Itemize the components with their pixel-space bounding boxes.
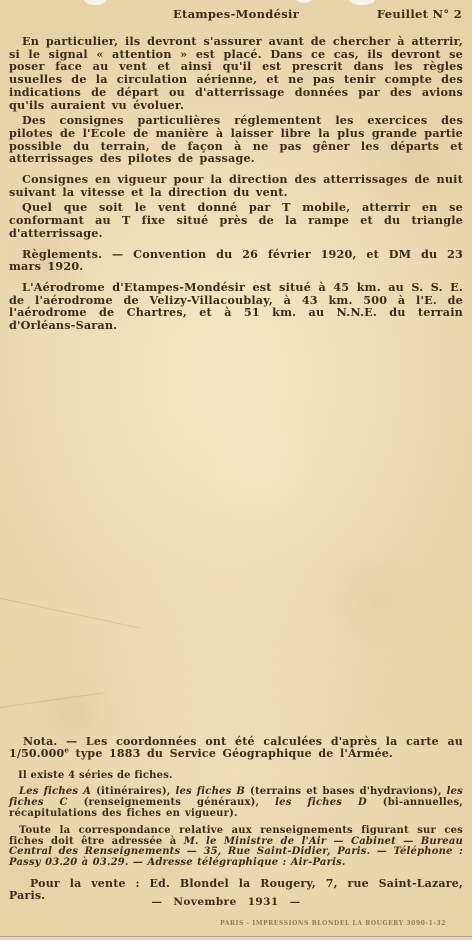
document-page: Etampes-Mondésir Feuillet N° 2 En partic…	[0, 0, 472, 940]
fiches-b-desc: (terrains et bases d'hydravions),	[245, 786, 447, 797]
publication-date: — Novembre 1931 —	[0, 896, 452, 908]
sheet-number: Feuillet N° 2	[377, 7, 462, 21]
page-header: Etampes-Mondésir Feuillet N° 2	[9, 7, 463, 23]
printer-imprint: Paris - Impressions Blondel la Rougery 3…	[220, 920, 446, 927]
paragraph-series-count: Il existe 4 séries de fiches.	[9, 770, 463, 781]
paragraph-landing-precautions: En particulier, ils devront s'assurer av…	[9, 35, 463, 111]
paragraph-school-instructions: Des consignes particulières réglementent…	[9, 114, 463, 165]
fiches-a-label: Les fiches A	[19, 786, 91, 797]
heading-night-landings: Consignes en vigueur pour la direction d…	[9, 173, 463, 198]
paragraph-nota: Nota. — Les coordonnées ont été calculée…	[9, 736, 463, 761]
notes-block: Nota. — Les coordonnées ont été calculée…	[0, 736, 472, 902]
paragraph-fiches-series: Les fiches A (itinéraires), les fiches B…	[9, 786, 463, 820]
paper-crease	[0, 596, 140, 628]
paragraph-correspondence: Toute la correspondance relative aux ren…	[9, 826, 463, 869]
paragraph-aerodrome-location: L'Aérodrome d'Etampes-Mondésir est situé…	[9, 281, 463, 332]
paper-crease	[0, 692, 104, 708]
fiches-c-desc: (renseignements généraux),	[68, 797, 275, 808]
fiches-d-label: les fiches D	[275, 797, 367, 808]
fiches-a-desc: (itinéraires),	[91, 786, 175, 797]
paragraph-regulations: Règlements. — Convention du 26 février 1…	[9, 248, 463, 273]
page-content: Etampes-Mondésir Feuillet N° 2 En partic…	[0, 0, 472, 335]
main-text-block: En particulier, ils devront s'assurer av…	[9, 35, 463, 332]
paragraph-wind-t: Quel que soit le vent donné par T mobile…	[9, 201, 463, 239]
nota-text-2: type 1883 du Service Géographique de l'A…	[69, 747, 393, 760]
fiches-b-label: les fiches B	[175, 786, 245, 797]
